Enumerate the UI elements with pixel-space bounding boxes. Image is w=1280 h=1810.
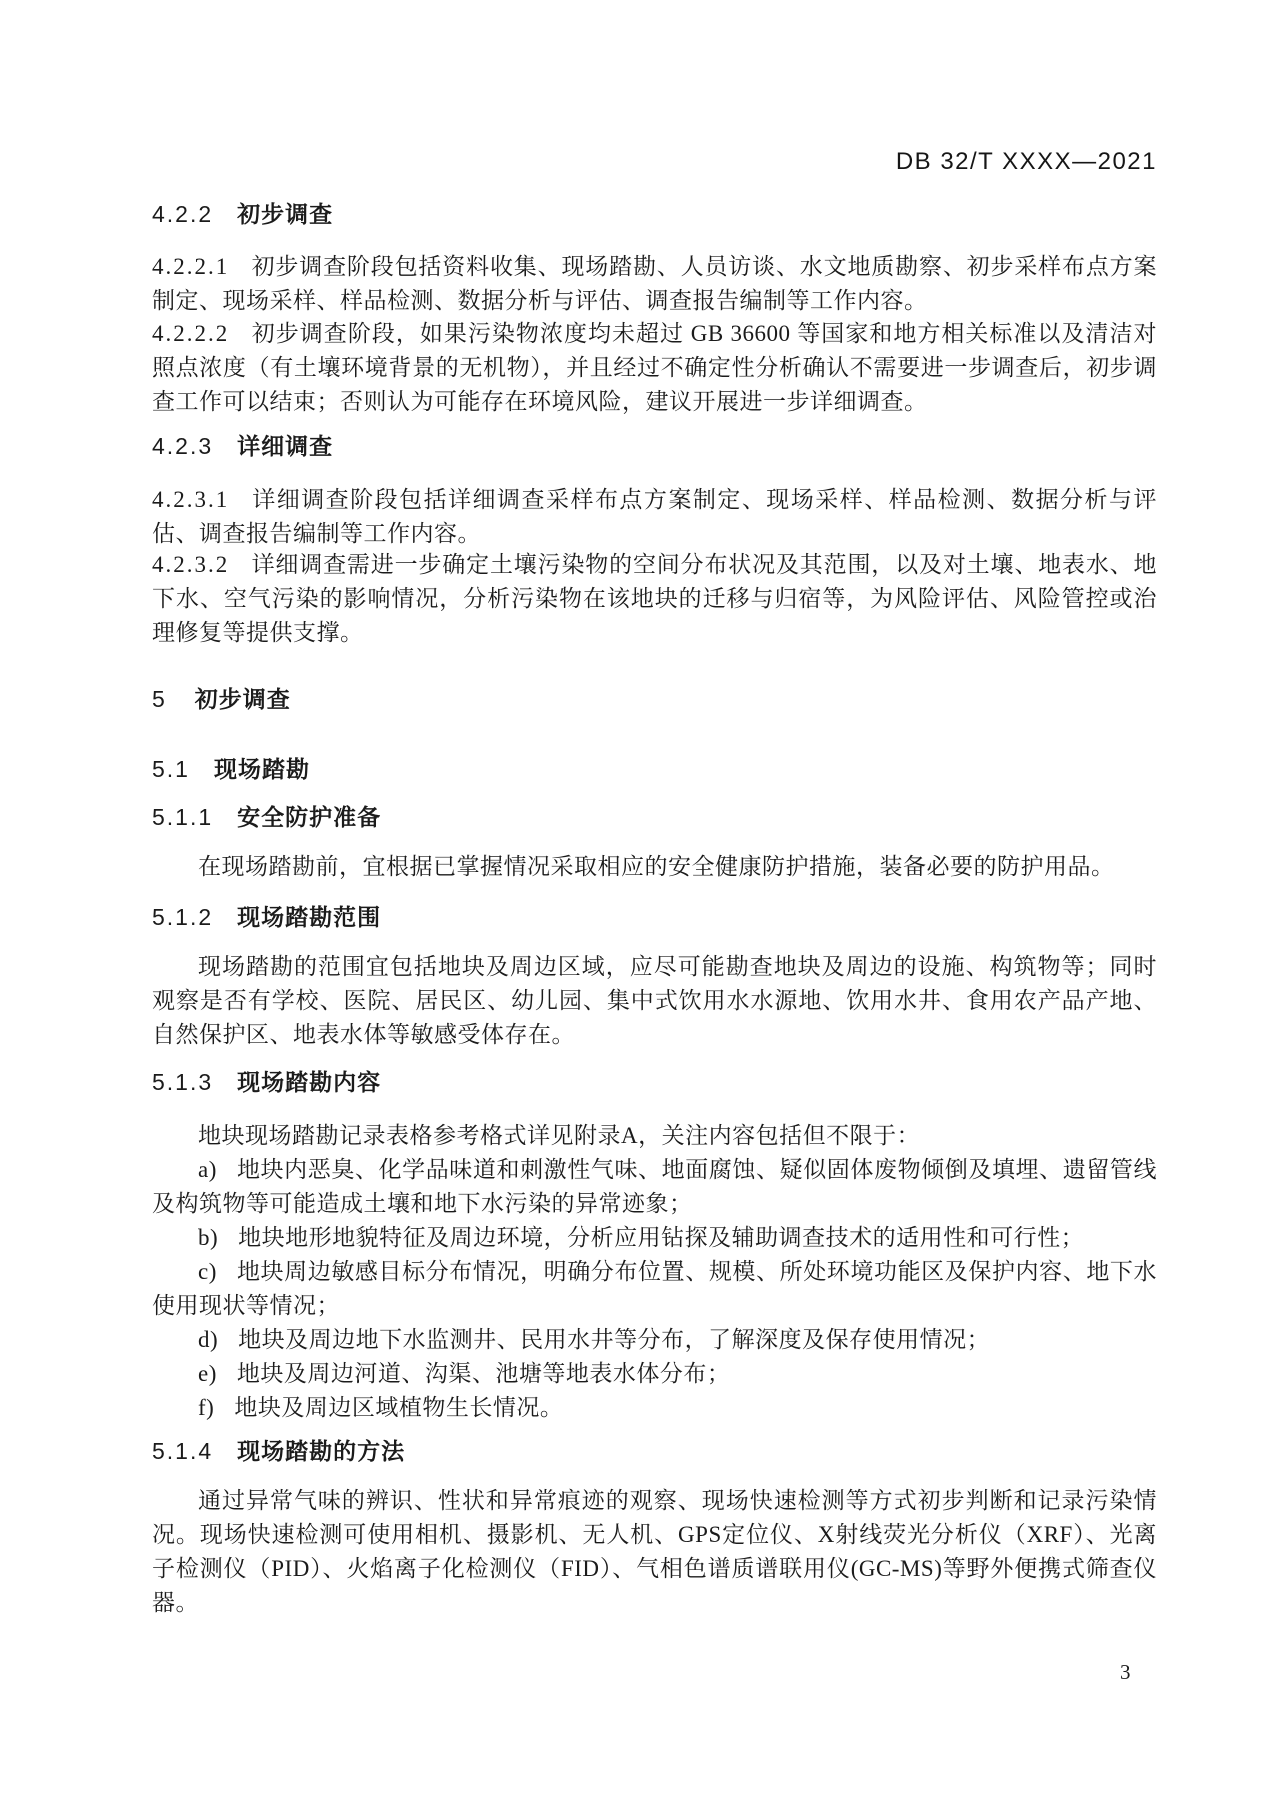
list-item-d: d)地块及周边地下水监测井、民用水井等分布，了解深度及保存使用情况；: [152, 1323, 1157, 1357]
list-item-text: 地块周边敏感目标分布情况，明确分布位置、规模、所处环境功能区及保护内容、地下水使…: [152, 1259, 1157, 1318]
paragraph-text: 地块现场踏勘记录表格参考格式详见附录A，关注内容包括但不限于：: [198, 1123, 920, 1148]
section-title: 现场踏勘内容: [237, 1069, 381, 1095]
lettered-list: a)地块内恶臭、化学品味道和刺激性气味、地面腐蚀、疑似固体废物倾倒及填埋、遗留管…: [152, 1153, 1157, 1425]
section-number: 5.1.2: [152, 904, 213, 930]
section-title: 安全防护准备: [237, 804, 381, 830]
list-marker: c): [198, 1259, 217, 1284]
list-marker: e): [198, 1361, 217, 1386]
clause-paragraph-4-2-2-1: 4.2.2.1初步调查阶段包括资料收集、现场踏勘、人员访谈、水文地质勘察、初步采…: [152, 250, 1157, 318]
document-page: DB 32/T XXXX—2021 4.2.2初步调查 4.2.2.1初步调查阶…: [0, 0, 1280, 1810]
clause-paragraph-4-2-3-2: 4.2.3.2详细调查需进一步确定土壤污染物的空间分布状况及其范围，以及对土壤、…: [152, 548, 1157, 650]
list-item-text: 地块及周边区域植物生长情况。: [234, 1395, 563, 1420]
clause-paragraph-4-2-2-2: 4.2.2.2初步调查阶段，如果污染物浓度均未超过 GB 36600 等国家和地…: [152, 317, 1157, 419]
list-marker: f): [198, 1395, 214, 1420]
clause-text: 详细调查需进一步确定土壤污染物的空间分布状况及其范围，以及对土壤、地表水、地下水…: [152, 552, 1157, 645]
section-title: 现场踏勘范围: [237, 904, 381, 930]
clause-number: 4.2.3.1: [152, 487, 229, 512]
list-item-text: 地块地形地貌特征及周边环境，分析应用钻探及辅助调查技术的适用性和可行性；: [238, 1225, 1084, 1250]
clause-number: 4.2.2.1: [152, 254, 229, 279]
clause-paragraph-4-2-3-1: 4.2.3.1详细调查阶段包括详细调查采样布点方案制定、现场采样、样品检测、数据…: [152, 483, 1157, 551]
list-marker: b): [198, 1225, 218, 1250]
clause-text: 详细调查阶段包括详细调查采样布点方案制定、现场采样、样品检测、数据分析与评估、调…: [152, 487, 1157, 546]
section-heading-5-1-4: 5.1.4现场踏勘的方法: [152, 1436, 1157, 1466]
section-title: 初步调查: [195, 686, 291, 712]
section-heading-5-1-3: 5.1.3现场踏勘内容: [152, 1067, 1157, 1097]
section-heading-5: 5初步调查: [152, 684, 1157, 714]
body-paragraph-5-1-3-intro: 地块现场踏勘记录表格参考格式详见附录A，关注内容包括但不限于：: [152, 1119, 1157, 1153]
standard-number-header: DB 32/T XXXX—2021: [152, 148, 1157, 176]
list-marker: a): [198, 1157, 217, 1182]
list-item-f: f)地块及周边区域植物生长情况。: [152, 1391, 1157, 1425]
list-item-c: c)地块周边敏感目标分布情况，明确分布位置、规模、所处环境功能区及保护内容、地下…: [152, 1255, 1157, 1323]
section-number: 5: [152, 686, 167, 712]
body-paragraph-5-1-4: 通过异常气味的辨识、性状和异常痕迹的观察、现场快速检测等方式初步判断和记录污染情…: [152, 1484, 1157, 1620]
section-title: 现场踏勘: [214, 756, 310, 782]
section-heading-5-1: 5.1现场踏勘: [152, 754, 1157, 784]
list-item-a: a)地块内恶臭、化学品味道和刺激性气味、地面腐蚀、疑似固体废物倾倒及填埋、遗留管…: [152, 1153, 1157, 1221]
section-number: 5.1.1: [152, 804, 213, 830]
paragraph-text: 在现场踏勘前，宜根据已掌握情况采取相应的安全健康防护措施，装备必要的防护用品。: [198, 854, 1115, 879]
section-heading-4-2-3: 4.2.3详细调查: [152, 431, 1157, 461]
section-number: 5.1: [152, 756, 190, 782]
section-heading-4-2-2: 4.2.2初步调查: [152, 199, 1157, 229]
section-title: 现场踏勘的方法: [237, 1438, 405, 1464]
list-item-e: e)地块及周边河道、沟渠、池塘等地表水体分布；: [152, 1357, 1157, 1391]
clause-text: 初步调查阶段，如果污染物浓度均未超过 GB 36600 等国家和地方相关标准以及…: [152, 321, 1157, 414]
body-paragraph-5-1-1: 在现场踏勘前，宜根据已掌握情况采取相应的安全健康防护措施，装备必要的防护用品。: [152, 850, 1157, 884]
clause-text: 初步调查阶段包括资料收集、现场踏勘、人员访谈、水文地质勘察、初步采样布点方案制定…: [152, 254, 1157, 313]
section-number: 4.2.3: [152, 433, 213, 459]
section-heading-5-1-1: 5.1.1安全防护准备: [152, 802, 1157, 832]
page-number: 3: [1120, 1660, 1131, 1684]
paragraph-text: 通过异常气味的辨识、性状和异常痕迹的观察、现场快速检测等方式初步判断和记录污染情…: [152, 1488, 1157, 1615]
list-item-text: 地块内恶臭、化学品味道和刺激性气味、地面腐蚀、疑似固体废物倾倒及填埋、遗留管线及…: [152, 1157, 1157, 1216]
section-title: 初步调查: [237, 201, 333, 227]
paragraph-text: 现场踏勘的范围宜包括地块及周边区域，应尽可能勘查地块及周边的设施、构筑物等；同时…: [152, 954, 1157, 1047]
section-number: 4.2.2: [152, 201, 213, 227]
list-marker: d): [198, 1327, 218, 1352]
body-paragraph-5-1-2: 现场踏勘的范围宜包括地块及周边区域，应尽可能勘查地块及周边的设施、构筑物等；同时…: [152, 950, 1157, 1052]
section-title: 详细调查: [237, 433, 333, 459]
section-number: 5.1.4: [152, 1438, 213, 1464]
section-heading-5-1-2: 5.1.2现场踏勘范围: [152, 902, 1157, 932]
clause-number: 4.2.2.2: [152, 321, 229, 346]
list-item-text: 地块及周边河道、沟渠、池塘等地表水体分布；: [237, 1361, 731, 1386]
clause-number: 4.2.3.2: [152, 552, 229, 577]
list-item-b: b)地块地形地貌特征及周边环境，分析应用钻探及辅助调查技术的适用性和可行性；: [152, 1221, 1157, 1255]
list-item-text: 地块及周边地下水监测井、民用水井等分布，了解深度及保存使用情况；: [238, 1327, 990, 1352]
section-number: 5.1.3: [152, 1069, 213, 1095]
